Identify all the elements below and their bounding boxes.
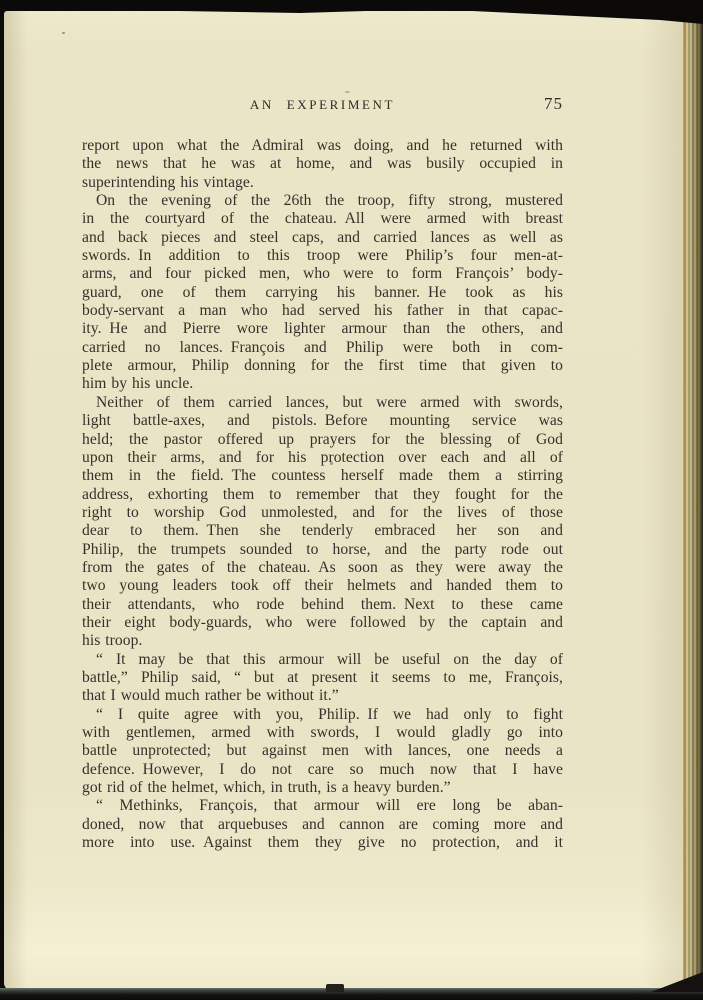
text-line: with gentlemen, armed with swords, I wou… <box>82 724 563 742</box>
book-page: AN EXPERIMENT 75 report upon what the Ad… <box>4 11 683 990</box>
text-line: two young leaders took off their helmets… <box>82 577 563 595</box>
page-edges <box>681 14 703 988</box>
text-line: On the evening of the 26th the troop, fi… <box>82 192 563 210</box>
chapter-title: AN EXPERIMENT <box>82 97 563 113</box>
text-line: that I would much rather be without it.” <box>82 687 563 705</box>
text-line: doned, now that arquebuses and cannon ar… <box>82 816 563 834</box>
text-line: swords. In addition to this troop were P… <box>82 247 563 265</box>
text-line: address, exhorting them to remember that… <box>82 486 563 504</box>
text-line: in the courtyard of the chateau. All wer… <box>82 210 563 228</box>
paper-speck <box>345 91 350 93</box>
scan-border-left <box>0 0 4 1000</box>
text-line: right to worship God unmolested, and for… <box>82 504 563 522</box>
scan-artifact <box>326 984 344 992</box>
text-line: ity. He and Pierre wore lighter armour t… <box>82 320 563 338</box>
text-line: from the gates of the chateau. As soon a… <box>82 559 563 577</box>
text-line: battle,” Philip said, “ but at present i… <box>82 669 563 687</box>
text-line: Philip, the trumpets sounded to horse, a… <box>82 541 563 559</box>
scan-border-bottom <box>0 988 703 1000</box>
text-line: battle unprotected; but against men with… <box>82 742 563 760</box>
text-line: more into use. Against them they give no… <box>82 834 563 852</box>
text-line: the news that he was at home, and was bu… <box>82 155 563 173</box>
text-line: body-servant a man who had served his fa… <box>82 302 563 320</box>
text-line: arms, and four picked men, who were to f… <box>82 265 563 283</box>
text-line: “ I quite agree with you, Philip. If we … <box>82 706 563 724</box>
text-line: “ It may be that this armour will be use… <box>82 651 563 669</box>
text-line: and back pieces and steel caps, and carr… <box>82 229 563 247</box>
text-line: guard, one of them carrying his banner. … <box>82 284 563 302</box>
paper-speck <box>62 32 65 34</box>
text-line: light battle-axes, and pistols. Before m… <box>82 412 563 430</box>
text-line: “ Methinks, François, that armour will e… <box>82 797 563 815</box>
text-line: them in the field. The countess herself … <box>82 467 563 485</box>
text-line: carried no lances. François and Philip w… <box>82 339 563 357</box>
text-line: plete armour, Philip donning for the fir… <box>82 357 563 375</box>
running-header: AN EXPERIMENT 75 <box>82 97 563 117</box>
text-line: dear to them. Then she tenderly embraced… <box>82 522 563 540</box>
text-line: report upon what the Admiral was doing, … <box>82 137 563 155</box>
text-line: his troop. <box>82 632 563 650</box>
text-line: defence. However, I do not care so much … <box>82 761 563 779</box>
text-line: superintending his vintage. <box>82 174 563 192</box>
page-number: 75 <box>544 94 563 114</box>
text-line: Neither of them carried lances, but were… <box>82 394 563 412</box>
body-text: report upon what the Admiral was doing, … <box>82 137 563 852</box>
text-line: got rid of the helmet, which, in truth, … <box>82 779 563 797</box>
text-line: him by his uncle. <box>82 375 563 393</box>
text-line: upon their arms, and for his protection … <box>82 449 563 467</box>
text-line: their eight body-guards, who were follow… <box>82 614 563 632</box>
text-line: their attendants, who rode behind them. … <box>82 596 563 614</box>
text-line: held; the pastor offered up prayers for … <box>82 431 563 449</box>
